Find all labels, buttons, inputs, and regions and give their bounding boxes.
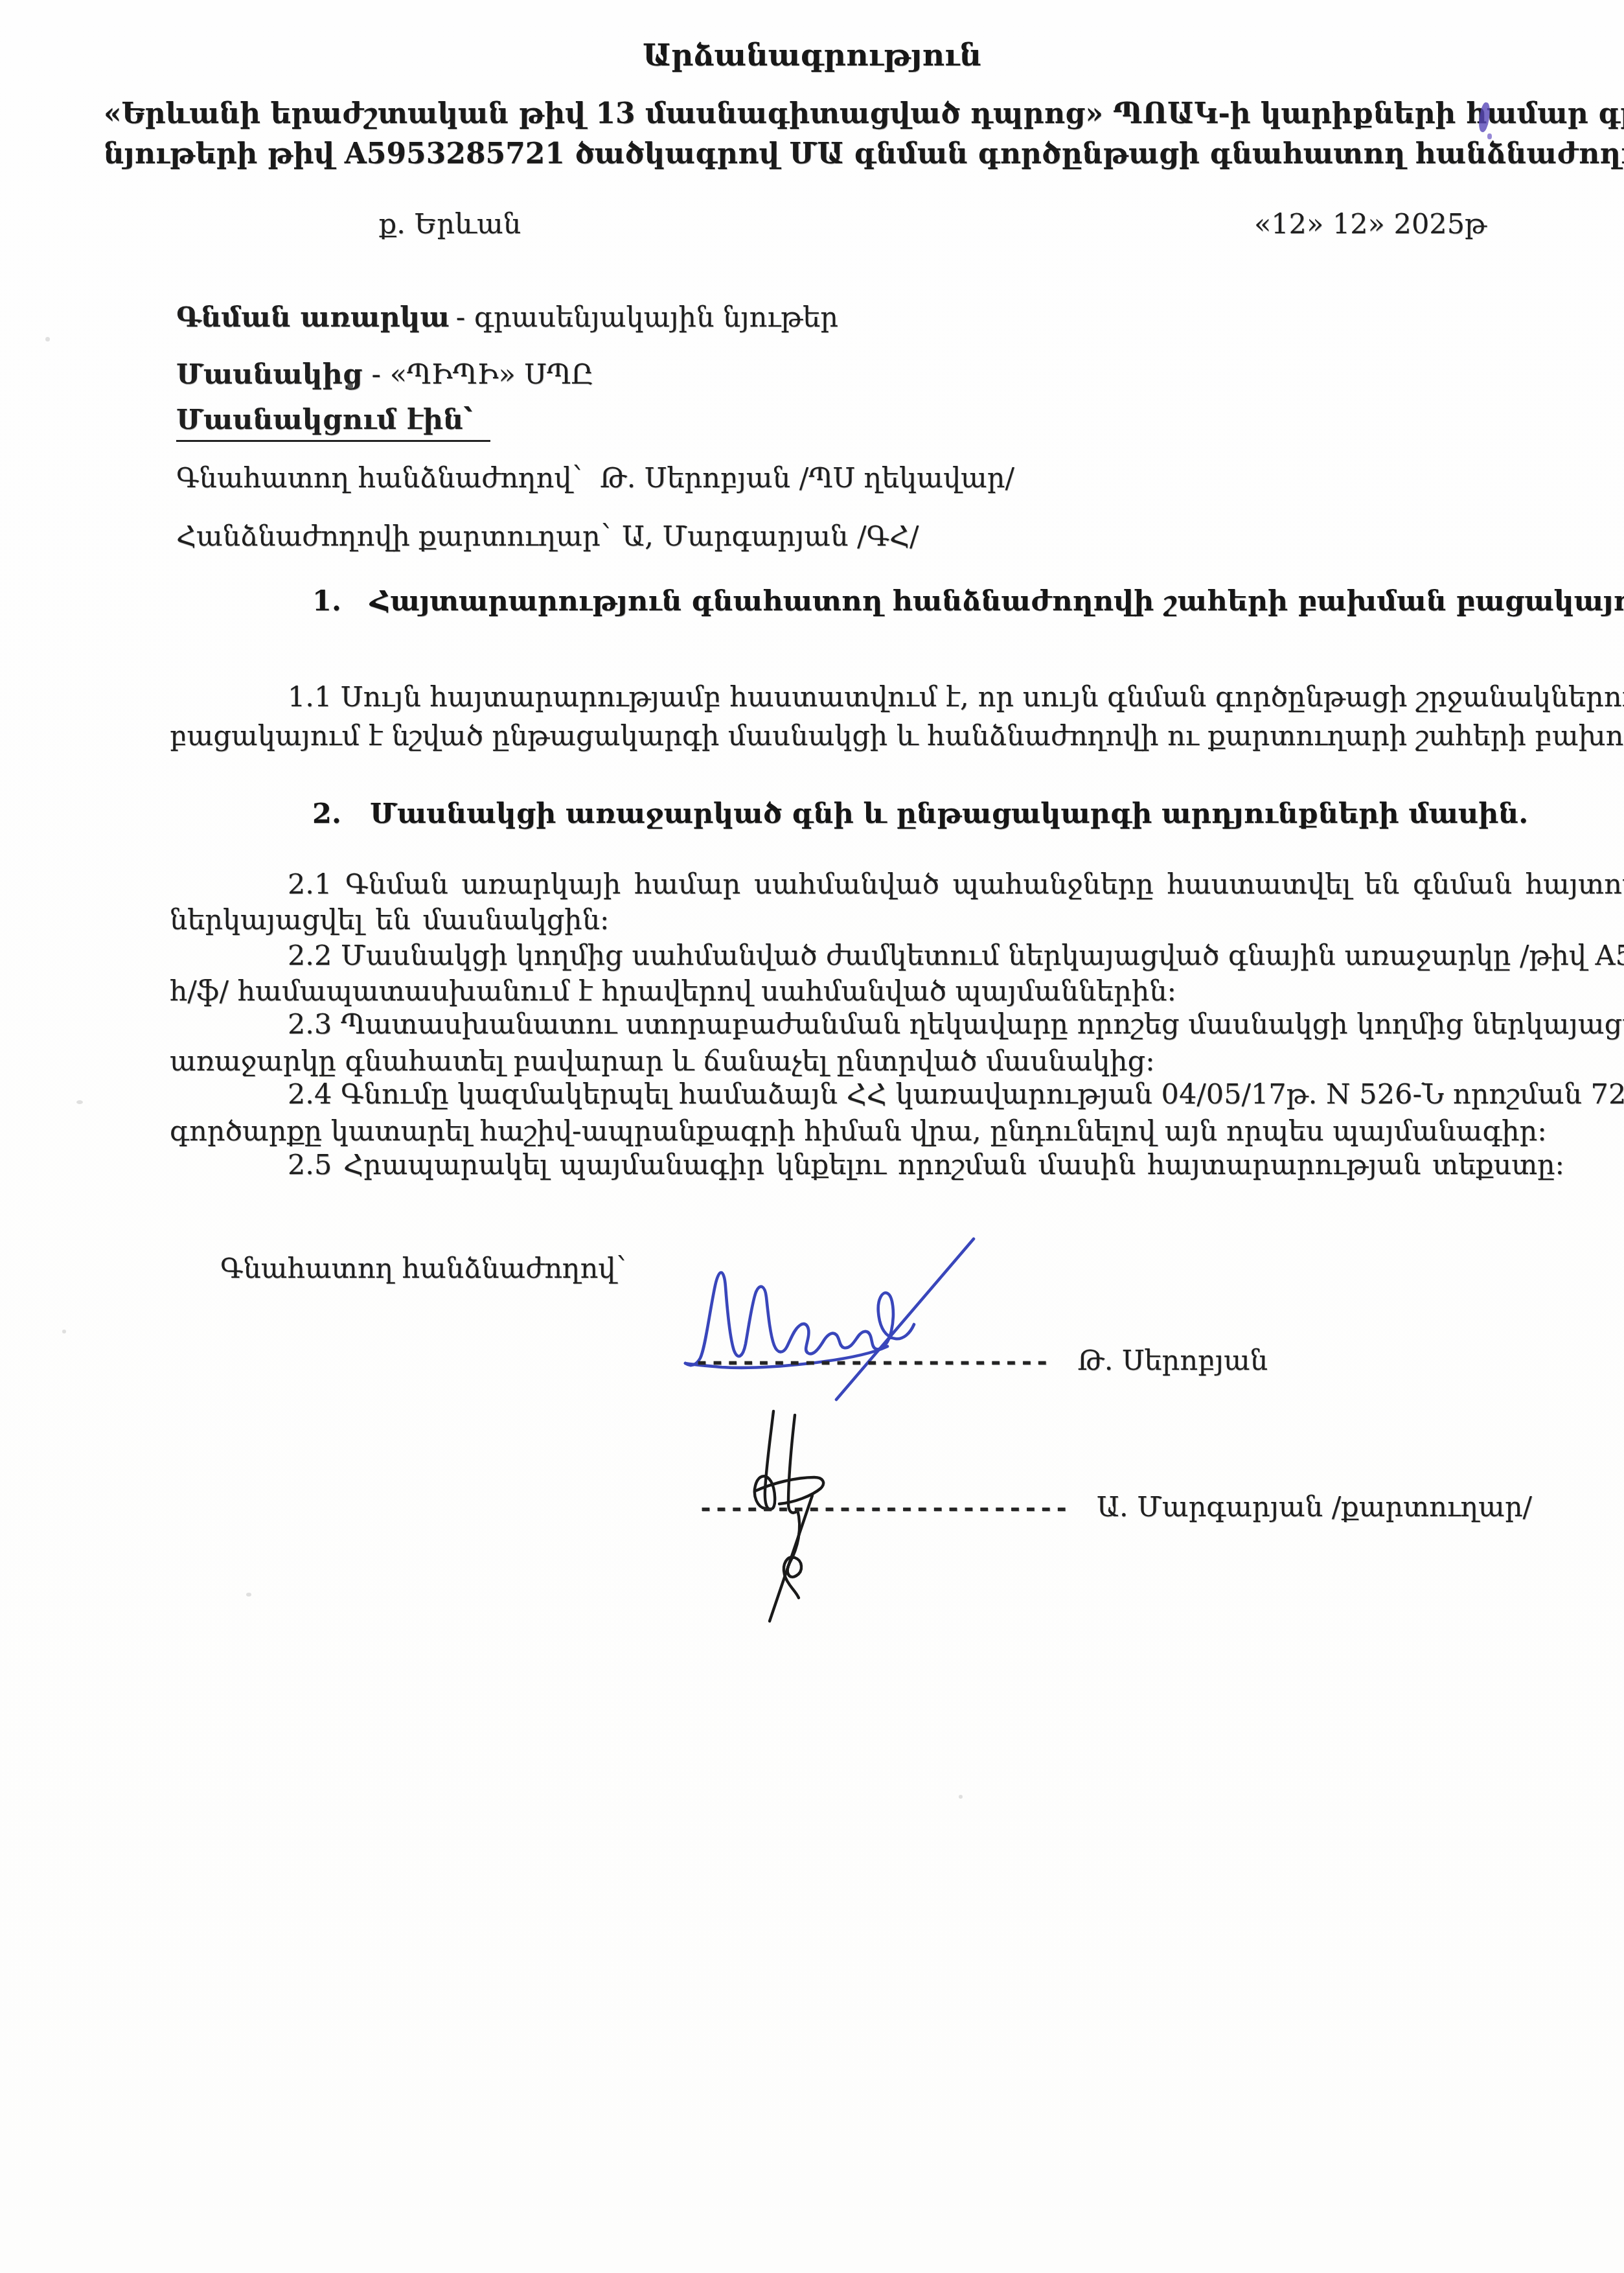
paragraph-2-1-line-2: ներկայացվել են մասնակցին:: [170, 902, 609, 938]
scanned-protocol-page: Արձանագրություն «Երևանի երաժշտական թիվ 1…: [0, 0, 1624, 2273]
paragraph-2-2-line-1: 2.2 Մասնակցի կողմից սահմանված ժամկետում …: [170, 938, 1624, 974]
scan-speck: [959, 1795, 963, 1799]
paragraph-2-3-line-2: առաջարկը գնահատել բավարար և ճանաչել ընտր…: [170, 1043, 1155, 1079]
section-1-heading: 1. Հայտարարություն գնահատող հանձնաժողովի…: [312, 583, 1624, 619]
scan-speck: [62, 1330, 66, 1333]
attendees-heading: Մասնակցում էին՝: [176, 402, 490, 438]
signature-row-serobyan: ----------------------- Թ. Սերոբյան: [694, 1343, 1268, 1379]
procurement-subject-label: Գնման առարկա: [176, 299, 450, 336]
procurement-subject-line: Գնման առարկա - գրասենյակային նյութեր: [176, 299, 838, 336]
signature-name-serobyan: Թ. Սերոբյան: [1077, 1343, 1268, 1379]
document-date: «12» 12» 2025թ: [1254, 206, 1487, 242]
evaluator-label: Գնահատող հանձնաժողով՝: [176, 460, 582, 496]
scan-speck: [45, 337, 50, 341]
paragraph-2-4-line-1: 2.4 Գնումը կազմակերպել համաձայն ՀՀ կառավ…: [170, 1076, 1624, 1113]
document-subtitle-line-2: նյութերի թիվ A5953285721 ծածկագրով ՄԱ գն…: [104, 136, 1548, 172]
document-place: ք. Երևան: [379, 206, 521, 242]
secretary-value: Ա, Մարգարյան /ԳՀ/: [622, 518, 919, 555]
section-2-number: 2.: [312, 796, 341, 832]
scan-speck: [1373, 816, 1377, 820]
paragraph-2-1-line-1: 2.1 Գնման առարկայի համար սահմանված պահան…: [170, 866, 1624, 903]
signature-name-margaryan: Ա. Մարգարյան /քարտուղար/: [1097, 1489, 1532, 1525]
section-2-heading: 2. Մասնակցի առաջարկած գնի և ընթացակարգի …: [312, 796, 1528, 832]
paragraph-1-1-line-1: 1.1 Սույն հայտարարությամբ հաստատվում է, …: [170, 679, 1624, 715]
signature-row-margaryan: ------------------------ Ա. Մարգարյան /ք…: [698, 1489, 1532, 1526]
paragraph-1-1-line-2: բացակայում է նշված ընթացակարգի մասնակցի …: [170, 718, 1624, 754]
document-subtitle-line-1: «Երևանի երաժշտական թիվ 13 մասնագիտացված …: [104, 96, 1548, 132]
section-1-title: Հայտարարություն գնահատող հանձնաժողովի շա…: [370, 583, 1624, 619]
participant-value: - «ՊԻՊԻ» ՍՊԸ: [371, 356, 593, 393]
participant-label: Մասնակից: [176, 356, 362, 393]
procurement-subject-value: - գրասենյակային նյութեր: [456, 299, 838, 336]
secretary-label: Հանձնաժողովի քարտուղար՝: [176, 518, 610, 555]
section-2-title: Մասնակցի առաջարկած գնի և ընթացակարգի արդ…: [370, 796, 1528, 832]
scan-speck: [246, 1593, 251, 1597]
scan-ink-artifact-dot: [1487, 133, 1492, 139]
paragraph-2-2-line-2: հ/ֆ/ համապատասխանում է հրավերով սահմանվա…: [170, 973, 1176, 1010]
document-title: Արձանագրություն: [0, 38, 1624, 74]
signature-line-dashes: -----------------------: [694, 1343, 1050, 1379]
section-1-number: 1.: [312, 583, 341, 619]
scan-speck: [76, 1100, 83, 1104]
evaluator-value: Թ. Սերոբյան /ՊՍ ղեկավար/: [600, 460, 1014, 496]
evaluator-line: Գնահատող հանձնաժողով՝ Թ. Սերոբյան /ՊՍ ղե…: [176, 460, 1014, 496]
closing-committee-label: Գնահատող հանձնաժողով՝: [220, 1251, 626, 1287]
secretary-line: Հանձնաժողովի քարտուղար՝ Ա, Մարգարյան /ԳՀ…: [176, 518, 919, 555]
paragraph-2-3-line-1: 2.3 Պատասխանատու ստորաբաժանման ղեկավարը …: [170, 1006, 1624, 1043]
paragraph-2-5: 2.5 Հրապարակել պայմանագիր կնքելու որոշմա…: [170, 1147, 1564, 1183]
ink-dot-artifact: [347, 382, 353, 390]
attendees-heading-text: Մասնակցում էին՝: [176, 404, 490, 442]
participant-line: Մասնակից - «ՊԻՊԻ» ՍՊԸ: [176, 356, 593, 393]
serobyan-signature-ink: [679, 1230, 996, 1411]
paragraph-2-4-line-2: գործարքը կատարել հաշիվ-ապրանքագրի հիման …: [170, 1113, 1547, 1149]
signature-line-dashes: ------------------------: [698, 1490, 1069, 1526]
